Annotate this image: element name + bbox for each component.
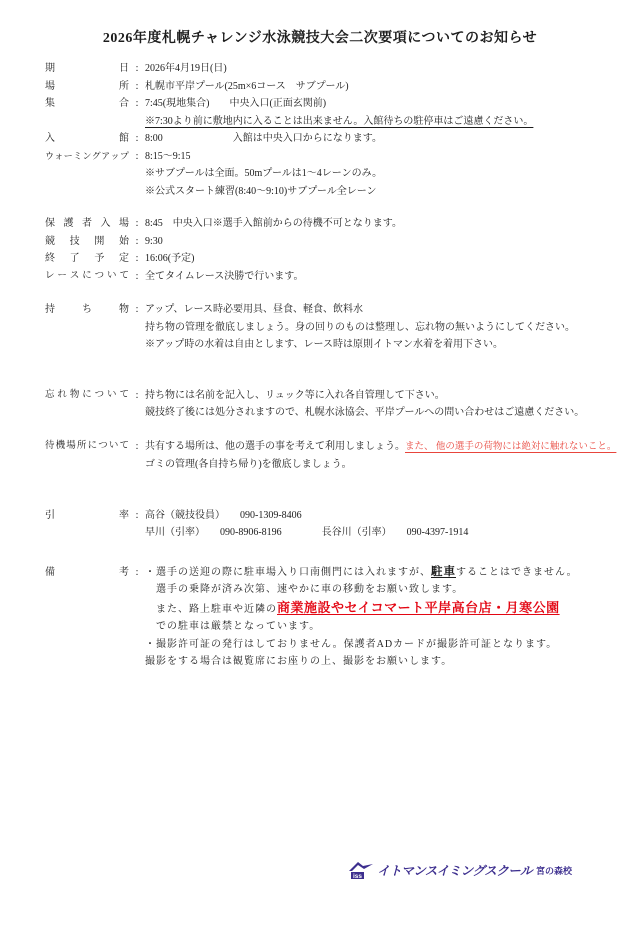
- text-segment: 早川（引率） 090-8906-8196 長谷川（引率） 090-4397-19…: [145, 527, 468, 538]
- label-char: ッ: [111, 148, 120, 166]
- label-colon: :: [129, 60, 145, 78]
- label-char: 引: [45, 507, 55, 525]
- row-label: 期日: [45, 60, 129, 78]
- label-colon: :: [129, 78, 145, 96]
- row-label: 保護者入場: [45, 215, 129, 233]
- label-char: 開: [94, 233, 104, 251]
- content-line: での駐車は厳禁となっています。: [145, 618, 620, 636]
- label-char: ア: [101, 148, 110, 166]
- row-content: 全てタイムレース決勝で行います。: [145, 268, 620, 286]
- label-char: ー: [57, 268, 67, 286]
- row-content: 8:00 入館は中央入口からになります。: [145, 130, 620, 148]
- content-line: 8:45 中央入口※選手入館前からの待機不可となります。: [145, 215, 620, 233]
- label-char: 始: [119, 233, 129, 251]
- row-content: ・選手の送迎の際に駐車場入り口南側門には入れますが、駐車することはできません。 …: [145, 564, 620, 671]
- content-line: 札幌市平岸プール(25m×6コース サブプール): [145, 78, 620, 96]
- label-char: 集: [45, 95, 55, 113]
- content-line: 共有する場所は、他の選手の事を考えて利用しましょう。また、 他の選手の荷物には絶…: [145, 438, 620, 457]
- text-segment: アップ、レース時必要用具、昼食、軽食、飲料水: [145, 304, 363, 315]
- notice-row: 終了予定:16:06(予定): [45, 250, 620, 268]
- content-line: また、路上駐車や近隣の商業施設やセイコマート平岸高台店・月寒公園: [145, 599, 620, 619]
- label-char: ォ: [54, 148, 63, 166]
- label-char: 機: [56, 438, 66, 456]
- label-char: 終: [45, 250, 55, 268]
- notice-row: 引率:高谷（競技役員） 090-1309-8406早川（引率） 090-8906…: [45, 507, 620, 542]
- row-content: アップ、レース時必要用具、昼食、軽食、飲料水持ち物の管理を徹底しましょう。身の回…: [145, 301, 620, 354]
- label-char: に: [82, 387, 92, 405]
- content-line: ※アップ時の水着は自由とします、レース時は原則イトマン水着を着用下さい。: [145, 336, 620, 354]
- label-char: 競: [45, 233, 55, 251]
- row-label: 持ち物: [45, 301, 129, 319]
- label-char: 所: [77, 438, 87, 456]
- notice-row: 待機場所について:共有する場所は、他の選手の事を考えて利用しましょう。また、 他…: [45, 438, 620, 474]
- label-char: 忘: [45, 387, 55, 405]
- label-char: 所: [119, 78, 129, 96]
- content-line: 撮影をする場合は観覧席にお座りの上、撮影をお願いします。: [145, 653, 620, 671]
- content-line: 8:00 入館は中央入口からになります。: [145, 130, 620, 148]
- text-segment: ・選手の送迎の際に駐車場入り口南側門には入れますが、: [145, 567, 431, 578]
- content-line: ・選手の送迎の際に駐車場入り口南側門には入れますが、駐車することはできません。: [145, 564, 620, 582]
- row-content: 8:45 中央入口※選手入館前からの待機不可となります。: [145, 215, 620, 233]
- notice-row: レースについて:全てタイムレース決勝で行います。: [45, 268, 620, 286]
- row-label: 忘れ物について: [45, 387, 129, 405]
- itoman-house-icon: iss: [348, 860, 374, 880]
- label-char: 場: [45, 78, 55, 96]
- label-char: 場: [119, 215, 129, 233]
- row-label: 引率: [45, 507, 129, 525]
- label-char: つ: [95, 387, 105, 405]
- highlighted-text: ※7:30より前に敷地内に入ることは出来ません。入館待ちの駐停車はご遠慮ください…: [145, 116, 533, 127]
- label-colon: :: [129, 301, 145, 319]
- label-char: 定: [119, 250, 129, 268]
- row-label: 競技開始: [45, 233, 129, 251]
- text-segment: ・撮影許可証の発行はしておりません。保護者ADカードが撮影許可証となります。: [145, 639, 557, 650]
- itoman-logo: iss イトマンスイミングスクール 宮の森校: [348, 860, 572, 880]
- text-segment: 7:45(現地集合) 中央入口(正面玄関前): [145, 98, 326, 109]
- text-segment: 持ち物には名前を記入し、リュック等に入れ各自管理して下さい。: [145, 390, 445, 401]
- label-char: レ: [45, 268, 55, 286]
- highlighted-text: また、 他の選手の荷物には絶対に触れないこと。: [405, 442, 616, 452]
- notice-row: 競技開始:9:30: [45, 233, 620, 251]
- label-colon: :: [129, 95, 145, 113]
- content-line: 2026年4月19日(日): [145, 60, 620, 78]
- label-char: グ: [92, 148, 101, 166]
- label-char: ン: [82, 148, 91, 166]
- label-char: つ: [98, 438, 108, 456]
- row-label: 入館: [45, 130, 129, 148]
- row-content: 持ち物には名前を記入し、リュック等に入れ各自管理して下さい。競技終了後には処分さ…: [145, 387, 620, 422]
- text-segment: 9:30: [145, 236, 163, 247]
- label-colon: :: [129, 268, 145, 286]
- content-line: アップ、レース時必要用具、昼食、軽食、飲料水: [145, 301, 620, 319]
- label-char: 技: [70, 233, 80, 251]
- label-colon: :: [129, 215, 145, 233]
- label-char: に: [88, 438, 98, 456]
- text-segment: 選手の乗降が済み次第、速やかに車の移動をお願い致します。: [145, 584, 463, 595]
- highlighted-text: 商業施設やセイコマート平岸高台店・月寒公園: [277, 600, 560, 615]
- content-line: 持ち物には名前を記入し、リュック等に入れ各自管理して下さい。: [145, 387, 620, 405]
- row-content: 7:45(現地集合) 中央入口(正面玄関前)※7:30より前に敷地内に入ることは…: [145, 95, 620, 130]
- notice-row: 保護者入場:8:45 中央入口※選手入館前からの待機不可となります。: [45, 215, 620, 233]
- text-segment: 2026年4月19日(日): [145, 63, 227, 74]
- row-content: 高谷（競技役員） 090-1309-8406早川（引率） 090-8906-81…: [145, 507, 620, 542]
- row-content: 札幌市平岸プール(25m×6コース サブプール): [145, 78, 620, 96]
- label-char: ち: [82, 301, 92, 319]
- text-segment: 全てタイムレース決勝で行います。: [145, 271, 304, 282]
- text-segment: ※アップ時の水着は自由とします、レース時は原則イトマン水着を着用下さい。: [145, 339, 503, 350]
- text-segment: 高谷（競技役員） 090-1309-8406: [145, 510, 302, 521]
- label-char: 合: [119, 95, 129, 113]
- logo-branch-name: 宮の森校: [536, 864, 572, 877]
- label-char: て: [119, 438, 129, 456]
- text-segment: 8:00 入館は中央入口からになります。: [145, 133, 382, 144]
- text-segment: 撮影をする場合は観覧席にお座りの上、撮影をお願いします。: [145, 656, 452, 667]
- content-line: 選手の乗降が済み次第、速やかに車の移動をお願い致します。: [145, 581, 620, 599]
- notice-row: 備考:・選手の送迎の際に駐車場入り口南側門には入れますが、駐車することはできませ…: [45, 564, 620, 671]
- label-char: 保: [45, 215, 55, 233]
- label-colon: :: [129, 507, 145, 525]
- label-colon: :: [129, 130, 145, 148]
- label-char: い: [107, 387, 117, 405]
- label-char: 物: [70, 387, 80, 405]
- label-char: ウ: [45, 148, 54, 166]
- content-line: 8:15～9:15: [145, 148, 620, 166]
- label-char: ー: [64, 148, 73, 166]
- label-colon: :: [129, 233, 145, 251]
- label-char: 場: [66, 438, 76, 456]
- content-line: ※サブプールは全面。50mプールは1～4レーンのみ。: [145, 165, 620, 183]
- content-line: 9:30: [145, 233, 620, 251]
- label-char: 入: [101, 215, 111, 233]
- row-content: 8:15～9:15※サブプールは全面。50mプールは1～4レーンのみ。※公式スタ…: [145, 148, 620, 201]
- text-segment: ゴミの管理(各自持ち帰り)を徹底しましょう。: [145, 459, 352, 470]
- content-line: 高谷（競技役員） 090-1309-8406: [145, 507, 620, 525]
- label-char: 入: [45, 130, 55, 148]
- notice-row: ウォーミングアップ:8:15～9:15※サブプールは全面。50mプールは1～4レ…: [45, 148, 620, 201]
- row-label: 備考: [45, 564, 129, 582]
- label-char: 者: [82, 215, 92, 233]
- row-label: 場所: [45, 78, 129, 96]
- text-segment: 持ち物の管理を徹底しましょう。身の回りのものは整理し、忘れ物の無いようにしてくだ…: [145, 322, 575, 333]
- label-char: 持: [45, 301, 55, 319]
- content-line: ・撮影許可証の発行はしておりません。保護者ADカードが撮影許可証となります。: [145, 636, 620, 654]
- content-line: ゴミの管理(各自持ち帰り)を徹底しましょう。: [145, 456, 620, 474]
- label-colon: :: [129, 387, 145, 405]
- text-segment: 8:45 中央入口※選手入館前からの待機不可となります。: [145, 218, 402, 229]
- label-char: て: [119, 387, 129, 405]
- text-segment: 16:06(予定): [145, 253, 194, 264]
- content-line: 全てタイムレース決勝で行います。: [145, 268, 620, 286]
- notice-row: 忘れ物について:持ち物には名前を記入し、リュック等に入れ各自管理して下さい。競技…: [45, 387, 620, 422]
- row-label: レースについて: [45, 268, 129, 286]
- label-char: い: [109, 438, 119, 456]
- notice-row: 期日:2026年4月19日(日): [45, 60, 620, 78]
- row-content: 共有する場所は、他の選手の事を考えて利用しましょう。また、 他の選手の荷物には絶…: [145, 438, 620, 474]
- label-char: 物: [119, 301, 129, 319]
- label-colon: :: [129, 250, 145, 268]
- content-line: ※7:30より前に敷地内に入ることは出来ません。入館待ちの駐停車はご遠慮ください…: [145, 113, 620, 131]
- notice-row: 場所:札幌市平岸プール(25m×6コース サブプール): [45, 78, 620, 96]
- label-char: 館: [119, 130, 129, 148]
- label-char: れ: [57, 387, 67, 405]
- content-line: 持ち物の管理を徹底しましょう。身の回りのものは整理し、忘れ物の無いようにしてくだ…: [145, 319, 620, 337]
- label-char: プ: [120, 148, 129, 166]
- text-segment: ※サブプールは全面。50mプールは1～4レーンのみ。: [145, 168, 382, 179]
- text-segment: 8:15～9:15: [145, 151, 191, 162]
- label-colon: :: [129, 564, 145, 582]
- label-char: に: [82, 268, 92, 286]
- row-label: 集合: [45, 95, 129, 113]
- label-char: 率: [119, 507, 129, 525]
- row-label: ウォーミングアップ: [45, 148, 129, 166]
- row-content: 16:06(予定): [145, 250, 620, 268]
- highlighted-text: 駐車: [431, 566, 456, 578]
- page-title: 2026年度札幌チャレンジ水泳競技大会二次要項についてのお知らせ: [45, 27, 595, 47]
- text-segment: ※公式スタート練習(8:40～9:10)サブプール全レーン: [145, 186, 377, 197]
- label-colon: :: [129, 148, 145, 166]
- content-line: 競技終了後には処分されますので、札幌水泳協会、平岸プールへの問い合わせはご遠慮く…: [145, 404, 620, 422]
- notice-row: 集合:7:45(現地集合) 中央入口(正面玄関前)※7:30より前に敷地内に入る…: [45, 95, 620, 130]
- text-segment: での駐車は厳禁となっています。: [145, 621, 320, 632]
- text-segment: 札幌市平岸プール(25m×6コース サブプール): [145, 81, 349, 92]
- label-char: て: [119, 268, 129, 286]
- label-char: い: [107, 268, 117, 286]
- text-segment: することはできません。: [456, 567, 578, 578]
- row-label: 終了予定: [45, 250, 129, 268]
- content-line: 早川（引率） 090-8906-8196 長谷川（引率） 090-4397-19…: [145, 524, 620, 542]
- logo-school-name: イトマンスイミングスクール: [377, 861, 532, 879]
- label-char: ミ: [73, 148, 82, 166]
- label-char: ス: [70, 268, 80, 286]
- row-label: 待機場所について: [45, 438, 129, 456]
- row-content: 2026年4月19日(日): [145, 60, 620, 78]
- notice-row: 持ち物:アップ、レース時必要用具、昼食、軽食、飲料水持ち物の管理を徹底しましょう…: [45, 301, 620, 354]
- notice-row: 入館:8:00 入館は中央入口からになります。: [45, 130, 620, 148]
- logo-icon-text: iss: [353, 873, 362, 880]
- text-segment: また、路上駐車や近隣の: [145, 604, 277, 615]
- label-char: 予: [94, 250, 104, 268]
- label-colon: :: [129, 438, 145, 456]
- label-char: 日: [119, 60, 129, 78]
- label-char: 待: [45, 438, 55, 456]
- content-line: ※公式スタート練習(8:40～9:10)サブプール全レーン: [145, 183, 620, 201]
- label-char: 備: [45, 564, 55, 582]
- notice-rows: 期日:2026年4月19日(日)場所:札幌市平岸プール(25m×6コース サブプ…: [45, 60, 620, 671]
- content-line: 16:06(予定): [145, 250, 620, 268]
- label-char: 護: [64, 215, 74, 233]
- text-segment: 競技終了後には処分されますので、札幌水泳協会、平岸プールへの問い合わせはご遠慮く…: [145, 407, 584, 418]
- label-char: 考: [119, 564, 129, 582]
- label-char: つ: [95, 268, 105, 286]
- notice-document: 2026年度札幌チャレンジ水泳競技大会二次要項についてのお知らせ 期日:2026…: [0, 0, 640, 671]
- label-char: 期: [45, 60, 55, 78]
- label-char: 了: [70, 250, 80, 268]
- row-content: 9:30: [145, 233, 620, 251]
- content-line: 7:45(現地集合) 中央入口(正面玄関前): [145, 95, 620, 113]
- text-segment: 共有する場所は、他の選手の事を考えて利用しましょう。: [145, 441, 405, 452]
